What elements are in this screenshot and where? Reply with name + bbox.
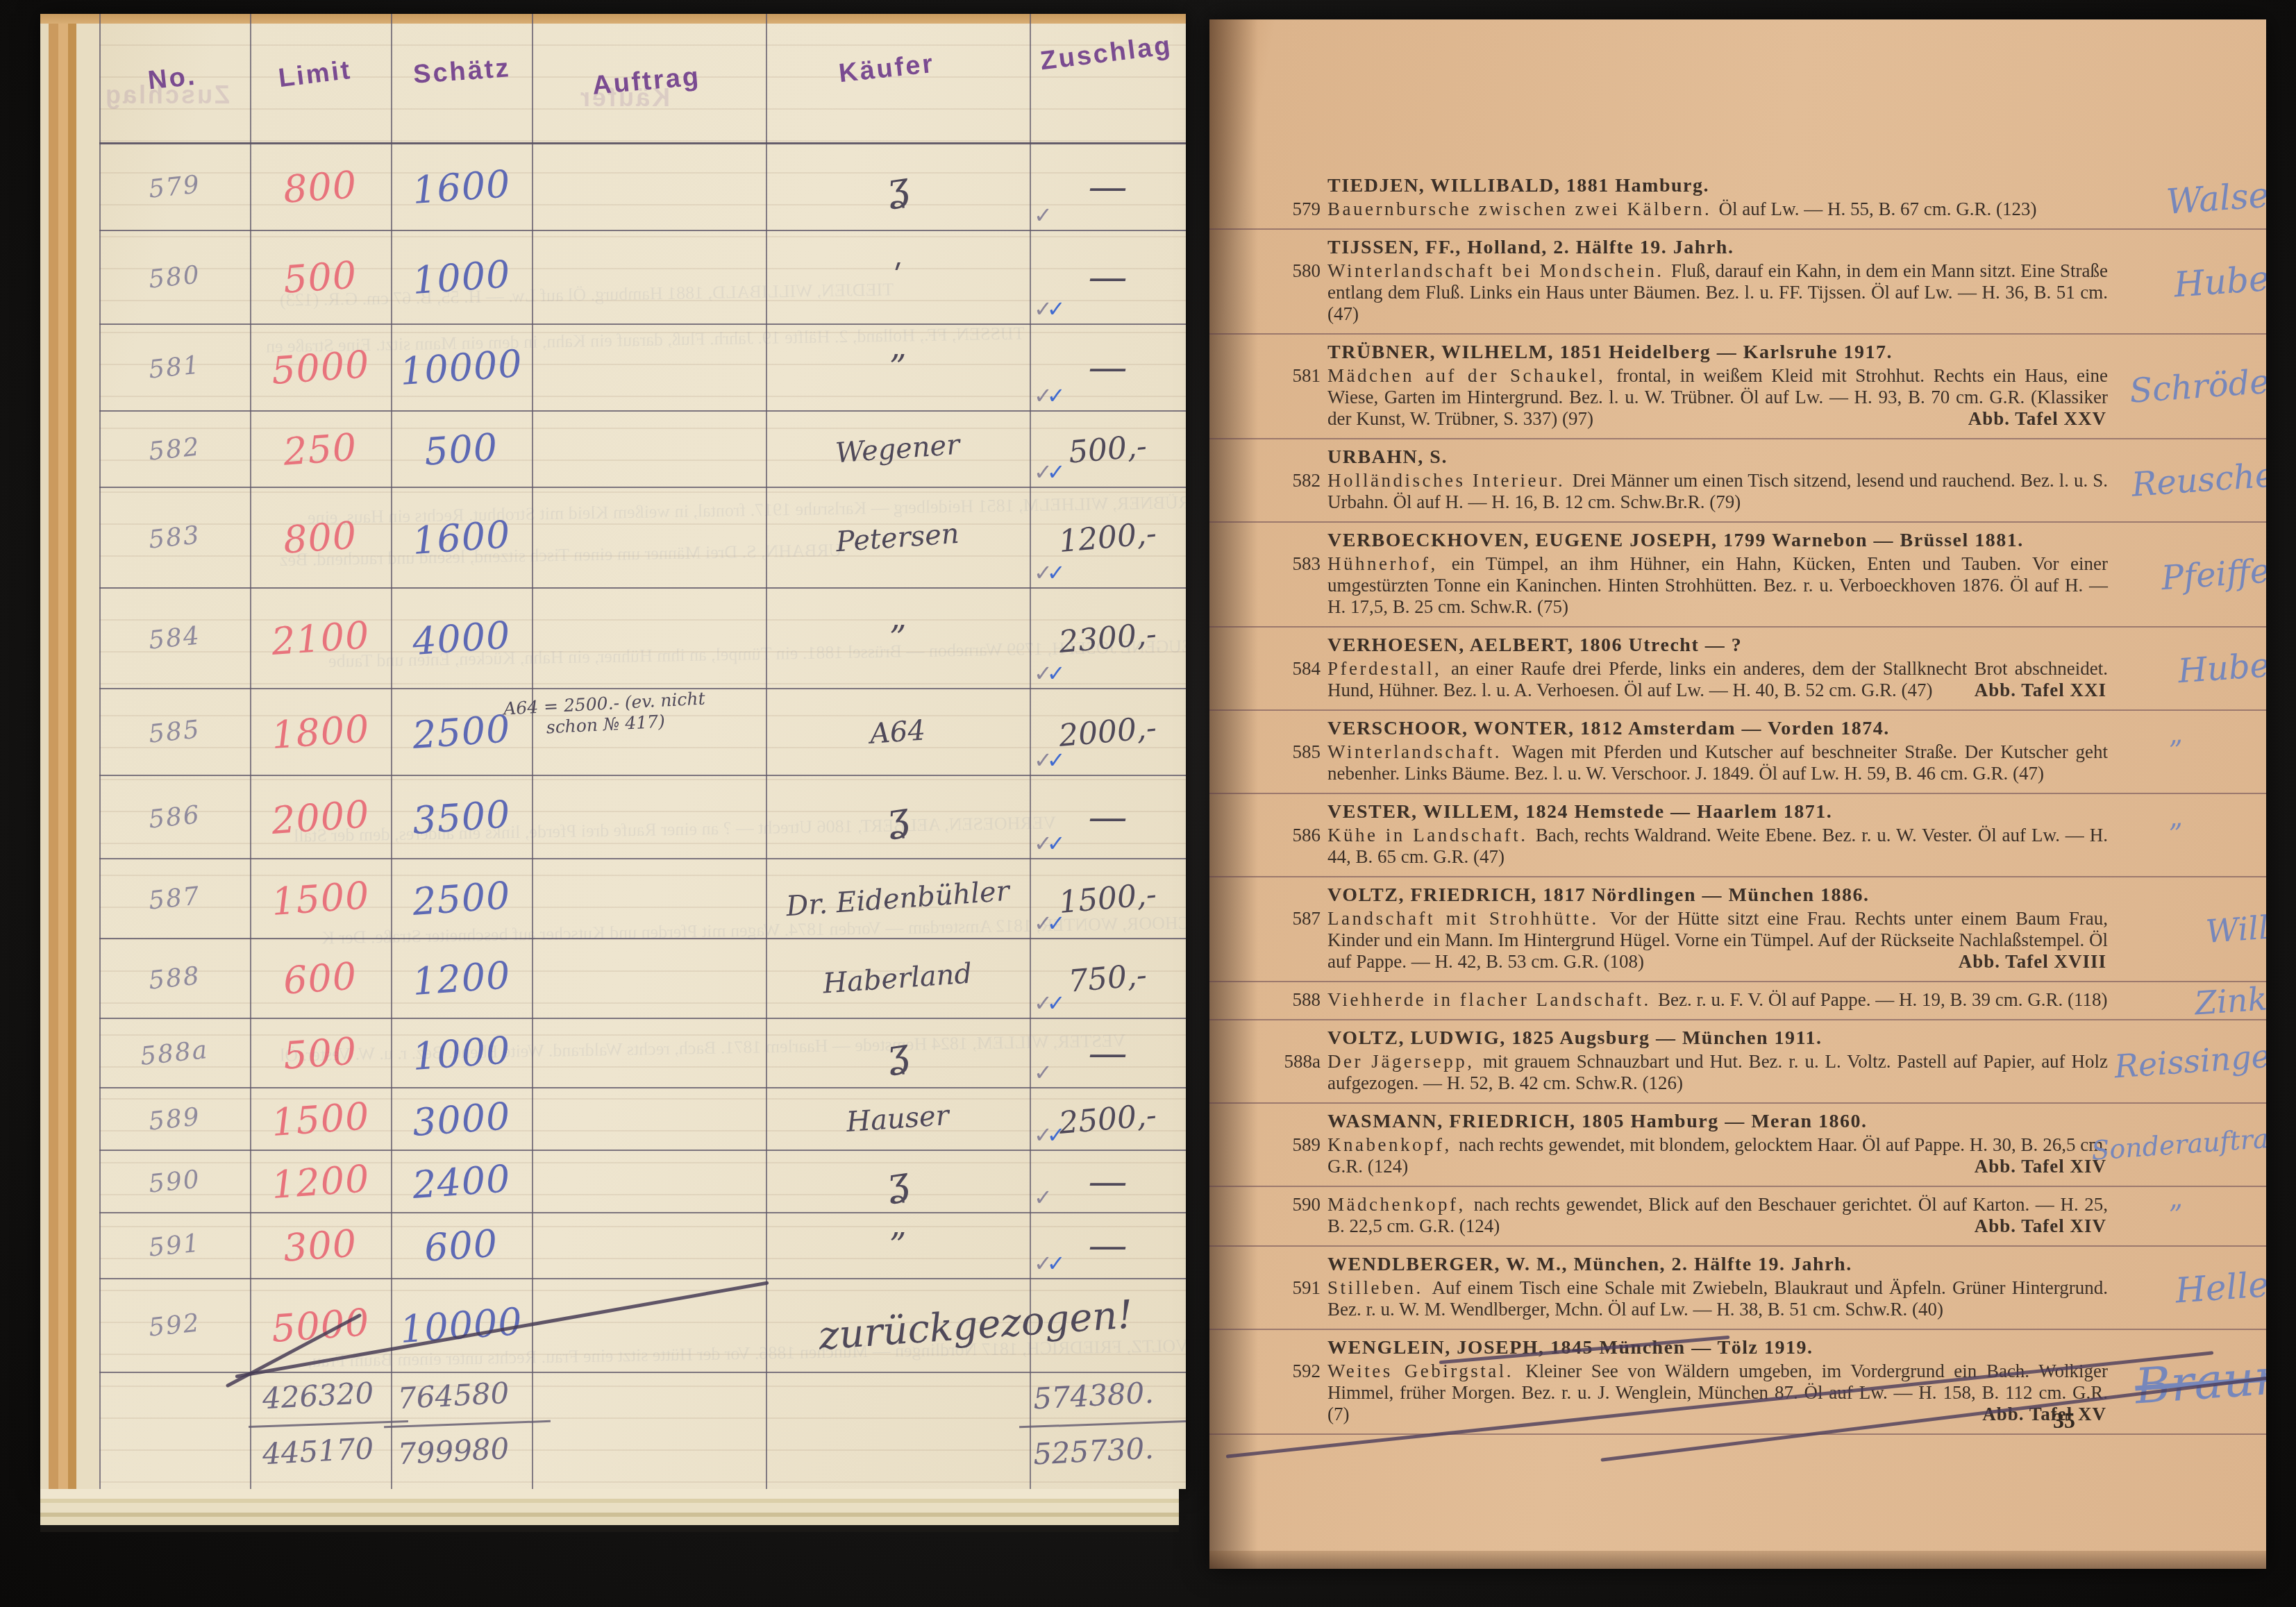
catalog-page: TIEDJEN, WILLIBALD, 1881 Hamburg.579Baue… — [1209, 19, 2266, 1569]
lot-description: 584Pferdestall, an einer Raufe drei Pfer… — [1327, 658, 2108, 701]
lot-title: Pferdestall, — [1327, 658, 1451, 679]
page-stack-edge — [76, 14, 99, 1489]
ledger-header-row: Zuschlag Käufer No. Limit Schätz Auftrag… — [99, 14, 1186, 144]
ledger-row-591: 591300600”—✓✓ — [99, 1213, 1186, 1279]
plate-reference: Abb. Tafel XIV — [1975, 1215, 2106, 1237]
limit-value: 800 — [282, 162, 358, 211]
hammer-price: 2000,- — [1057, 710, 1158, 754]
cell-auftrag — [532, 1213, 766, 1278]
catalog-entry-581: TRÜBNER, WILHELM, 1851 Heidelberg — Karl… — [1209, 335, 2266, 439]
lot-number: 591 — [1272, 1277, 1321, 1299]
catalog-entries: TIEDJEN, WILLIBALD, 1881 Hamburg.579Baue… — [1209, 168, 2266, 1435]
check-marks: ✓✓ — [1034, 382, 1066, 409]
hammer-price: 1200,- — [1057, 516, 1158, 559]
catalog-entry-584: VERHOESEN, AELBERT, 1806 Utrecht — ?584P… — [1209, 628, 2266, 711]
lot-number: 583 — [1272, 553, 1321, 575]
artist-line: TIEDJEN, WILLIBALD, 1881 Hamburg. — [1327, 175, 2106, 197]
lot-number: 588a — [140, 1035, 210, 1070]
limit-value: 300 — [282, 1221, 358, 1270]
cell-no: 590 — [99, 1151, 250, 1212]
cell-no: 588a — [99, 1019, 250, 1087]
header-kaeufer: Käufer — [837, 49, 936, 89]
lot-description: 588aDer Jägersepp, mit grauem Schnauzbar… — [1327, 1051, 2108, 1094]
lot-number: 589 — [147, 1102, 202, 1136]
page-bottom-shade — [1209, 1551, 2266, 1569]
cell-no: 580 — [99, 231, 250, 323]
limit-value: 1800 — [270, 707, 371, 757]
catalog-entry-585: VERSCHOOR, WONTER, 1812 Amsterdam — Vord… — [1209, 711, 2266, 794]
lot-number: 590 — [1272, 1194, 1321, 1215]
catalog-entry-588a: VOLTZ, LUDWIG, 1825 Augsburg — München 1… — [1209, 1020, 2266, 1104]
lot-number: 588a — [1272, 1051, 1321, 1072]
lot-number: 582 — [1272, 470, 1321, 491]
lot-number: 583 — [147, 521, 202, 555]
cell-no: 583 — [99, 488, 250, 587]
cell-auftrag — [532, 776, 766, 858]
estimate-value: 1600 — [411, 162, 512, 212]
artist-line: TIJSSEN, FF., Holland, 2. Hälfte 19. Jah… — [1327, 237, 2106, 259]
cell-limit: 600 — [250, 939, 391, 1018]
cell-kaeufer: ” — [766, 1213, 1030, 1278]
ledger-totals: 426320764580574380.445170799980525730. — [99, 1373, 1186, 1489]
buyer-name: Haberland — [822, 957, 973, 1000]
cell-kaeufer: ʓ — [766, 1151, 1030, 1212]
lot-number: 585 — [147, 715, 202, 749]
lot-title: Winterlandschaft. — [1327, 741, 1511, 762]
artist-line: VESTER, WILLEM, 1824 Hemstede — Haarlem … — [1327, 801, 2106, 823]
cell-schaetz: 600 — [391, 1213, 532, 1278]
artist-line: VERBOECKHOVEN, EUGENE JOSEPH, 1799 Warne… — [1327, 530, 2106, 552]
buyer-name: A64 — [869, 714, 927, 750]
cell-no: 585 — [99, 689, 250, 775]
margin-buyer-name: Willz — [2204, 907, 2266, 950]
lot-number: 588 — [147, 961, 202, 995]
cell-schaetz: 1000 — [391, 231, 532, 323]
cell-auftrag — [532, 412, 766, 487]
cell-zuschlag: —✓ — [1030, 1019, 1186, 1087]
limit-value: 1500 — [270, 1094, 371, 1145]
total-limit-1: 426320 — [262, 1376, 375, 1415]
ledger-row-590: 59012002400ʓ—✓ — [99, 1151, 1186, 1213]
lot-title: Weites Gebirgstal. — [1327, 1361, 1525, 1381]
lot-title: Winterlandschaft bei Mondschein. — [1327, 260, 1671, 281]
lot-title: Knabenkopf, — [1327, 1134, 1459, 1155]
cell-zuschlag: —✓✓ — [1030, 325, 1186, 410]
buyer-name: ” — [889, 348, 907, 387]
margin-buyer-name: Sonderauftrag — [2090, 1122, 2266, 1166]
cell-zuschlag: —✓ — [1030, 1151, 1186, 1212]
margin-buyer-name: Zinke — [2193, 978, 2266, 1022]
cell-no: 579 — [99, 144, 250, 230]
artist-line: VOLTZ, FRIEDRICH, 1817 Nördlingen — Münc… — [1327, 884, 2106, 907]
page-stack-edge — [68, 14, 76, 1489]
lot-description: 591Stilleben. Auf einem Tisch eine Schal… — [1327, 1277, 2108, 1320]
plate-reference: Abb. Tafel XIV — [1975, 1156, 2106, 1177]
lot-title: Kühe in Landschaft. — [1327, 825, 1536, 845]
buyer-name: Wegener — [835, 429, 961, 469]
cell-no: 587 — [99, 859, 250, 938]
total-limit-2: 445170 — [262, 1431, 375, 1471]
cell-no: 588 — [99, 939, 250, 1018]
catalog-entry-582: URBAHN, S.582Holländisches Interieur. Dr… — [1209, 439, 2266, 523]
ledger-row-589: 58915003000Hauser2500,-✓✓ — [99, 1088, 1186, 1151]
lot-number: 592 — [147, 1309, 202, 1343]
ledger-page: Zuschlag Käufer No. Limit Schätz Auftrag… — [40, 14, 1186, 1489]
cell-auftrag — [532, 144, 766, 230]
plate-reference: Abb. Tafel XXV — [1968, 408, 2106, 430]
ledger-row-579: 5798001600ʓ—✓ — [99, 144, 1186, 231]
cell-auftrag — [532, 939, 766, 1018]
cell-no: 589 — [99, 1088, 250, 1150]
limit-value: 1500 — [270, 873, 371, 924]
cell-kaeufer: ” — [766, 589, 1030, 688]
buyer-name: ” — [889, 1227, 907, 1265]
lot-number: 587 — [1272, 908, 1321, 929]
cell-zuschlag: 500,-✓✓ — [1030, 412, 1186, 487]
check-marks: ✓✓ — [1034, 747, 1066, 773]
cell-schaetz: 1200 — [391, 939, 532, 1018]
check-marks: ✓✓ — [1034, 660, 1066, 687]
check-marks: ✓✓ — [1034, 459, 1066, 485]
margin-buyer-name: Huber — [2172, 257, 2266, 305]
check-marks: ✓✓ — [1034, 830, 1066, 857]
hammer-price: 2500,- — [1057, 1097, 1158, 1141]
artist-line: WENDLBERGER, W. M., München, 2. Hälfte 1… — [1327, 1254, 2106, 1276]
artist-line: WENGLEIN, JOSEPH, 1845 München — Tölz 19… — [1327, 1337, 2106, 1359]
hammer-price: — — [1089, 1159, 1128, 1204]
cell-limit: 800 — [250, 488, 391, 587]
cell-no: 586 — [99, 776, 250, 858]
catalog-entry-586: VESTER, WILLEM, 1824 Hemstede — Haarlem … — [1209, 794, 2266, 877]
catalog-entry-589: WASMANN, FRIEDRICH, 1805 Hamburg — Meran… — [1209, 1104, 2266, 1187]
header-zuschlag: Zuschlag — [1039, 31, 1174, 77]
lot-number: 586 — [147, 800, 202, 834]
lot-number: 587 — [147, 882, 202, 916]
lot-title: Der Jägersepp, — [1327, 1051, 1483, 1072]
buyer-name: ʓ — [884, 163, 912, 211]
lot-description: 581Mädchen auf der Schaukel, frontal, in… — [1327, 365, 2108, 430]
lot-title: Mädchenkopf, — [1327, 1194, 1474, 1215]
book-photo: Zuschlag Käufer No. Limit Schätz Auftrag… — [0, 0, 2296, 1607]
bid-order-note: A64 = 2500.- (ev. nichtschon № 417) — [503, 688, 707, 740]
lot-description: 587Landschaft mit Strohhütte. Vor der Hü… — [1327, 908, 2108, 973]
lot-number: 579 — [147, 170, 202, 204]
lot-number: 580 — [147, 260, 202, 294]
margin-buyer-name: Walser — [2165, 174, 2266, 222]
buyer-name: ʓ — [884, 1158, 912, 1206]
buyer-name: Petersen — [835, 517, 960, 557]
artist-line: WASMANN, FRIEDRICH, 1805 Hamburg — Meran… — [1327, 1111, 2106, 1133]
lot-number: 581 — [1272, 365, 1321, 387]
margin-buyer-name: Reissinger — [2113, 1036, 2266, 1086]
cell-schaetz: 500 — [391, 412, 532, 487]
ledger-row-585: 58518002500A64 = 2500.- (ev. nichtschon … — [99, 689, 1186, 776]
check-marks: ✓✓ — [1034, 1122, 1066, 1148]
cell-auftrag: A64 = 2500.- (ev. nichtschon № 417) — [532, 689, 766, 775]
cell-zuschlag: 2500,-✓✓ — [1030, 1088, 1186, 1150]
estimate-value: 2500 — [411, 873, 512, 924]
catalog-entry-579: TIEDJEN, WILLIBALD, 1881 Hamburg.579Baue… — [1209, 168, 2266, 230]
cell-schaetz: 3500 — [391, 776, 532, 858]
cell-auftrag — [532, 589, 766, 688]
cell-auftrag — [532, 231, 766, 323]
cell-kaeufer: ʹ — [766, 231, 1030, 323]
artist-line: URBAHN, S. — [1327, 446, 2106, 469]
cell-kaeufer: A64 — [766, 689, 1030, 775]
cell-kaeufer: Wegener — [766, 412, 1030, 487]
hammer-price: — — [1089, 165, 1128, 210]
lot-number: 584 — [1272, 658, 1321, 680]
total-estimate-1: 764580 — [397, 1376, 510, 1415]
cell-no: 582 — [99, 412, 250, 487]
cell-kaeufer: Haberland — [766, 939, 1030, 1018]
lot-number: 592 — [1272, 1361, 1321, 1382]
lot-description: 588Viehherde in flacher Landschaft. Bez.… — [1327, 989, 2108, 1011]
lot-title: Bauernbursche zwischen zwei Kälbern. — [1327, 199, 1719, 219]
header-schaetz: Schätz — [412, 53, 512, 90]
check-marks: ✓✓ — [1034, 296, 1066, 322]
cell-kaeufer: Hauser — [766, 1088, 1030, 1150]
catalog-entry-588: 588Viehherde in flacher Landschaft. Bez.… — [1209, 982, 2266, 1020]
cell-no: 592 — [99, 1279, 250, 1372]
cell-limit: 250 — [250, 412, 391, 487]
hammer-price: — — [1089, 795, 1128, 840]
hammer-price: — — [1089, 255, 1128, 300]
plate-reference: Abb. Tafel XXI — [1975, 680, 2106, 701]
lot-description: 585Winterlandschaft. Wagen mit Pferden u… — [1327, 741, 2108, 784]
lot-number: 588 — [1272, 989, 1321, 1011]
lot-title: Landschaft mit Strohhütte. — [1327, 908, 1610, 929]
lot-text: Auf einem Tisch eine Schale mit Zwiebeln… — [1327, 1277, 2108, 1320]
estimate-value: 1200 — [411, 953, 512, 1004]
lot-description: 592Weites Gebirgstal. Kleiner See von Wä… — [1327, 1361, 2108, 1425]
lot-description: 583Hühnerhof, ein Tümpel, an ihm Hühner,… — [1327, 553, 2108, 618]
lot-description: 579Bauernbursche zwischen zwei Kälbern. … — [1327, 199, 2108, 220]
cell-no: 581 — [99, 325, 250, 410]
hammer-price: — — [1089, 1223, 1128, 1268]
check-marks: ✓✓ — [1034, 990, 1066, 1016]
lot-description: 580Winterlandschaft bei Mondschein. Fluß… — [1327, 260, 2108, 325]
page-stack-edge — [49, 14, 58, 1489]
catalog-entry-592: WENGLEIN, JOSEPH, 1845 München — Tölz 19… — [1209, 1330, 2266, 1435]
lot-number: 589 — [1272, 1134, 1321, 1156]
estimate-value: 2400 — [411, 1156, 512, 1207]
ledger-row-582: 582250500Wegener500,-✓✓ — [99, 412, 1186, 488]
artist-line: TRÜBNER, WILHELM, 1851 Heidelberg — Karl… — [1327, 342, 2106, 364]
header-no: No. — [146, 61, 198, 96]
catalog-entry-587: VOLTZ, FRIEDRICH, 1817 Nördlingen — Münc… — [1209, 877, 2266, 982]
estimate-value: 3000 — [411, 1094, 512, 1145]
cell-schaetz: 2400 — [391, 1151, 532, 1212]
hammer-price: 500,- — [1067, 428, 1148, 471]
hammer-price: 750,- — [1067, 957, 1148, 1000]
buyer-name: Dr. Eidenbühler — [785, 875, 1010, 922]
margin-buyer-name: ” — [2168, 734, 2184, 767]
cell-limit: 800 — [250, 144, 391, 230]
cell-kaeufer: ʓ — [766, 144, 1030, 230]
ledger-row-588: 5886001200Haberland750,-✓✓ — [99, 939, 1186, 1019]
limit-value: 1200 — [270, 1156, 371, 1207]
plate-reference: Abb. Tafel XVIII — [1959, 951, 2106, 973]
buyer-name: ʹ — [894, 260, 902, 295]
lot-text: Öl auf Lw. — H. 55, B. 67 cm. G.R. (123) — [1719, 199, 2037, 219]
cell-limit: 1500 — [250, 859, 391, 938]
catalog-entry-590: 590Mädchenkopf, nach rechts gewendet, Bl… — [1209, 1187, 2266, 1247]
cell-limit: 1500 — [250, 1088, 391, 1150]
lot-number: 581 — [147, 351, 202, 385]
margin-buyer-name: Pfeiffer — [2160, 550, 2266, 598]
page-stack-edge — [58, 14, 68, 1489]
page-bottom-edges — [40, 1489, 1179, 1532]
artist-line: VERSCHOOR, WONTER, 1812 Amsterdam — Vord… — [1327, 718, 2106, 740]
lot-description: 590Mädchenkopf, nach rechts gewendet, Bl… — [1327, 1194, 2108, 1237]
limit-value: 5000 — [270, 1300, 371, 1351]
cell-auftrag — [532, 1151, 766, 1212]
artist-line: VERHOESEN, AELBERT, 1806 Utrecht — ? — [1327, 634, 2106, 657]
total-underline — [1019, 1420, 1186, 1429]
lot-title: Stilleben. — [1327, 1277, 1432, 1298]
lot-number: 585 — [1272, 741, 1321, 763]
lot-number: 580 — [1272, 260, 1321, 282]
lot-number: 590 — [147, 1165, 202, 1199]
cell-no: 584 — [99, 589, 250, 688]
total-hammer-1: 574380. — [1032, 1375, 1155, 1415]
artist-line: VOLTZ, LUDWIG, 1825 Augsburg — München 1… — [1327, 1027, 2106, 1050]
cell-no: 591 — [99, 1213, 250, 1278]
cell-limit: 300 — [250, 1213, 391, 1278]
lot-title: Viehherde in flacher Landschaft. — [1327, 989, 1658, 1010]
lot-number: 582 — [147, 432, 202, 466]
lot-title: Holländisches Interieur. — [1327, 470, 1573, 491]
check-marks: ✓ — [1034, 202, 1053, 228]
cell-auftrag — [532, 1088, 766, 1150]
lot-number: 586 — [1272, 825, 1321, 846]
estimate-value: 2500 — [411, 707, 512, 757]
cell-zuschlag: —✓✓ — [1030, 231, 1186, 323]
ledger-row-580: 5805001000ʹ—✓✓ — [99, 231, 1186, 325]
lot-title: Hühnerhof, — [1327, 553, 1452, 574]
lot-title: Mädchen auf der Schaukel, — [1327, 365, 1616, 386]
header-limit: Limit — [277, 56, 353, 94]
withdrawn-note: zurückgezogen! — [763, 1265, 1186, 1386]
page-number: 35 — [2053, 1408, 2075, 1433]
check-marks: ✓ — [1034, 1184, 1053, 1211]
margin-buyer-name: ” — [2168, 818, 2184, 850]
lot-number: 584 — [147, 621, 202, 655]
buyer-name: Hauser — [846, 1100, 950, 1138]
estimate-value: 600 — [423, 1221, 499, 1270]
total-hammer-2: 525730. — [1032, 1431, 1155, 1471]
cell-schaetz: 4000 — [391, 589, 532, 688]
total-estimate-2: 799980 — [397, 1431, 510, 1471]
check-marks: ✓ — [1034, 1059, 1053, 1086]
cell-schaetz: 1600 — [391, 488, 532, 587]
header-auftrag: Auftrag — [591, 62, 701, 101]
ledger-table: Zuschlag Käufer No. Limit Schätz Auftrag… — [99, 14, 1186, 1489]
hammer-price: — — [1089, 345, 1128, 390]
cell-limit: 1200 — [250, 1151, 391, 1212]
estimate-value: 500 — [423, 425, 499, 473]
margin-buyer-name: Schröder — [2129, 361, 2266, 411]
cell-limit: 1800 — [250, 689, 391, 775]
check-marks: ✓✓ — [1034, 559, 1066, 586]
margin-buyer-name: Reuschel — [2131, 455, 2266, 505]
cell-limit: 2100 — [250, 589, 391, 688]
catalog-entry-580: TIJSSEN, FF., Holland, 2. Hälfte 19. Jah… — [1209, 230, 2266, 335]
page-stack-edge — [40, 14, 49, 1489]
total-underline — [384, 1420, 551, 1428]
lot-description: 582Holländisches Interieur. Drei Männer … — [1327, 470, 2108, 513]
catalog-entry-591: WENDLBERGER, W. M., München, 2. Hälfte 1… — [1209, 1247, 2266, 1330]
lot-number: 579 — [1272, 199, 1321, 220]
limit-value: 250 — [282, 425, 358, 473]
catalog-entry-583: VERBOECKHOVEN, EUGENE JOSEPH, 1799 Warne… — [1209, 523, 2266, 628]
cell-zuschlag: —✓ — [1030, 144, 1186, 230]
cell-zuschlag: 2000,-✓✓ — [1030, 689, 1186, 775]
cell-zuschlag: 750,-✓✓ — [1030, 939, 1186, 1018]
cell-schaetz: 3000 — [391, 1088, 532, 1150]
lot-description: 589Knabenkopf, nach rechts gewendet, mit… — [1327, 1134, 2108, 1177]
limit-value: 600 — [282, 954, 358, 1002]
margin-buyer-name: Heller — [2174, 1263, 2266, 1311]
margin-buyer-name: ” — [2168, 1199, 2184, 1231]
cell-schaetz: 1600 — [391, 144, 532, 230]
margin-buyer-name: Huber — [2177, 645, 2266, 691]
lot-description: 586Kühe in Landschaft. Bach, rechts Wald… — [1327, 825, 2108, 868]
lot-text: Bez. r. u. F. V. Öl auf Pappe. — H. 19, … — [1658, 989, 2108, 1010]
lot-number: 591 — [147, 1229, 202, 1263]
